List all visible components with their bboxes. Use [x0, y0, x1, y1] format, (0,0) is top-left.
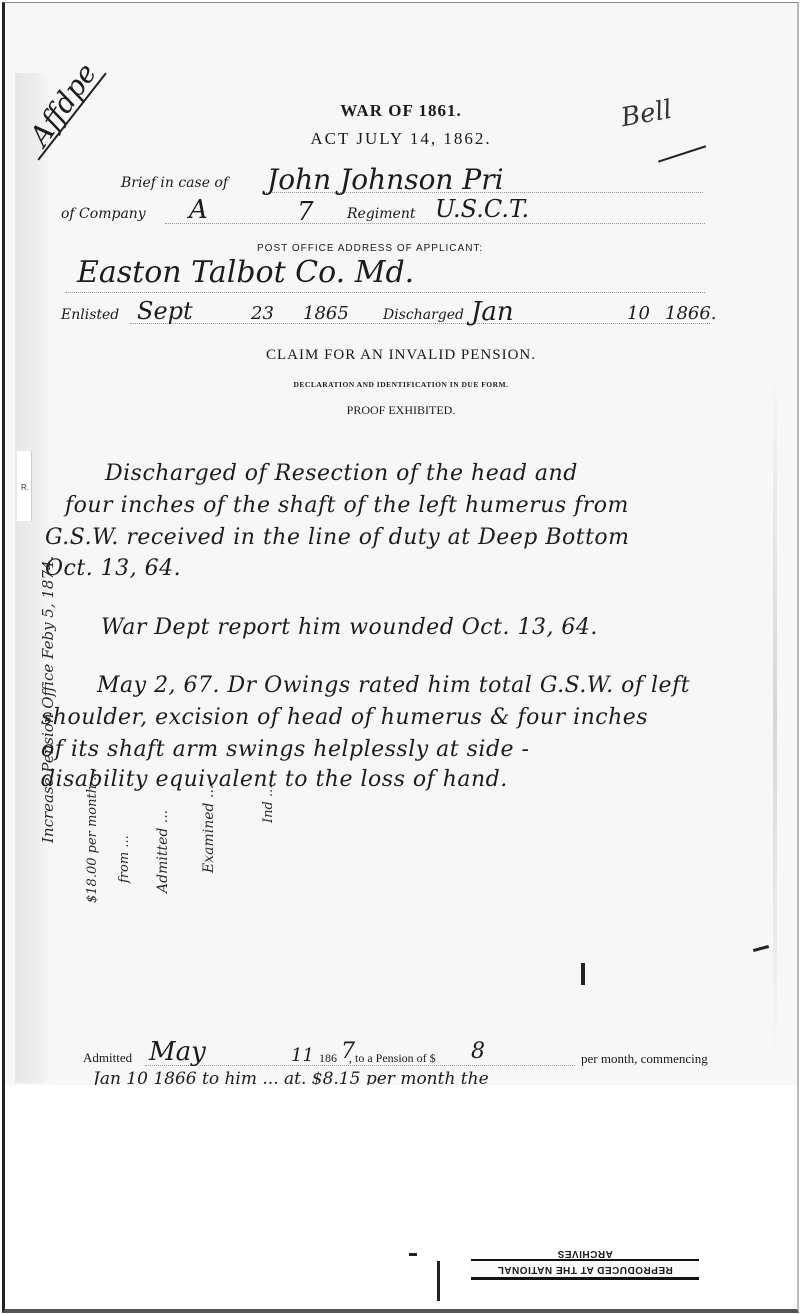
side-tab-label: R.	[21, 483, 29, 492]
pension-brief-page: R. Affdpe Bell WAR OF 1861. ACT JULY 14,…	[2, 2, 799, 1313]
margin-note-4: Admitted ...	[155, 810, 171, 893]
archive-stamp: REPRODUCED AT THE NATIONAL ARCHIVES	[471, 1259, 699, 1280]
pension-amount: 8	[471, 1039, 485, 1064]
company-label: of Company	[61, 206, 146, 222]
ink-mark	[437, 1261, 440, 1301]
claimant-name: John Johnson Pri	[267, 163, 504, 196]
company-line	[165, 223, 705, 224]
pension-label: , to a Pension of $	[349, 1051, 436, 1066]
note-line-2: four inches of the shaft of the left hum…	[65, 493, 629, 518]
note-line-1: Discharged of Resection of the head and	[105, 461, 578, 486]
discharged-label: Discharged	[383, 307, 464, 323]
address-line	[65, 292, 705, 293]
margin-note-3: from ...	[117, 835, 132, 883]
claim-subtitle: DECLARATION AND IDENTIFICATION IN DUE FO…	[5, 380, 797, 389]
brief-label: Brief in case of	[121, 175, 228, 191]
discharged-month: Jan	[471, 297, 514, 327]
note-line-8: of its shaft arm swings helplessly at si…	[41, 737, 529, 762]
enlisted-year: 1865	[303, 303, 349, 324]
proof-heading: PROOF EXHIBITED.	[5, 403, 797, 418]
discharged-day: 10	[627, 303, 650, 324]
ink-mark	[409, 1253, 417, 1256]
commencing-line: Jan 10 1866 to him ... at. $8.15 per mon…	[93, 1069, 489, 1085]
margin-note-2: $18.00 per month ...	[85, 768, 100, 903]
claim-title: CLAIM FOR AN INVALID PENSION.	[5, 347, 797, 364]
regiment-number: 7	[297, 197, 314, 227]
admitted-label: Admitted	[83, 1050, 132, 1066]
service-line	[130, 323, 710, 324]
per-month-label: per month, commencing	[581, 1051, 708, 1067]
margin-note-5: Examined ...	[201, 785, 217, 873]
note-line-3: G.S.W. received in the line of duty at D…	[45, 525, 630, 550]
note-line-5: War Dept report him wounded Oct. 13, 64.	[101, 615, 598, 640]
margin-note-6: Ind ...	[261, 785, 276, 823]
ink-mark	[753, 945, 769, 952]
regiment-label: Regiment	[347, 206, 415, 222]
note-line-6: May 2, 67. Dr Owings rated him total G.S…	[97, 673, 690, 698]
margin-note-1: Increase Pension Office Feby 5, 1874.	[39, 556, 57, 843]
ink-mark	[581, 963, 585, 985]
scan-edge	[773, 363, 777, 1063]
enlisted-month: Sept	[137, 297, 193, 325]
admitted-year-prefix: 186	[319, 1051, 337, 1066]
act-date: ACT JULY 14, 1862.	[5, 129, 797, 149]
admitted-day: 11	[291, 1045, 314, 1066]
regiment-value: U.S.C.T.	[435, 195, 529, 223]
note-line-7: shoulder, excision of head of humerus & …	[41, 705, 648, 730]
enlisted-label: Enlisted	[61, 307, 119, 323]
company-value: A	[189, 195, 208, 225]
document-title: WAR OF 1861.	[5, 101, 797, 121]
admitted-month: May	[149, 1037, 206, 1067]
enlisted-day: 23	[251, 303, 274, 324]
address-label: POST OFFICE ADDRESS OF APPLICANT:	[257, 243, 483, 254]
address-value: Easton Talbot Co. Md.	[77, 255, 414, 290]
note-line-4: Oct. 13, 64.	[45, 556, 181, 581]
discharged-year: 1866.	[665, 303, 717, 324]
